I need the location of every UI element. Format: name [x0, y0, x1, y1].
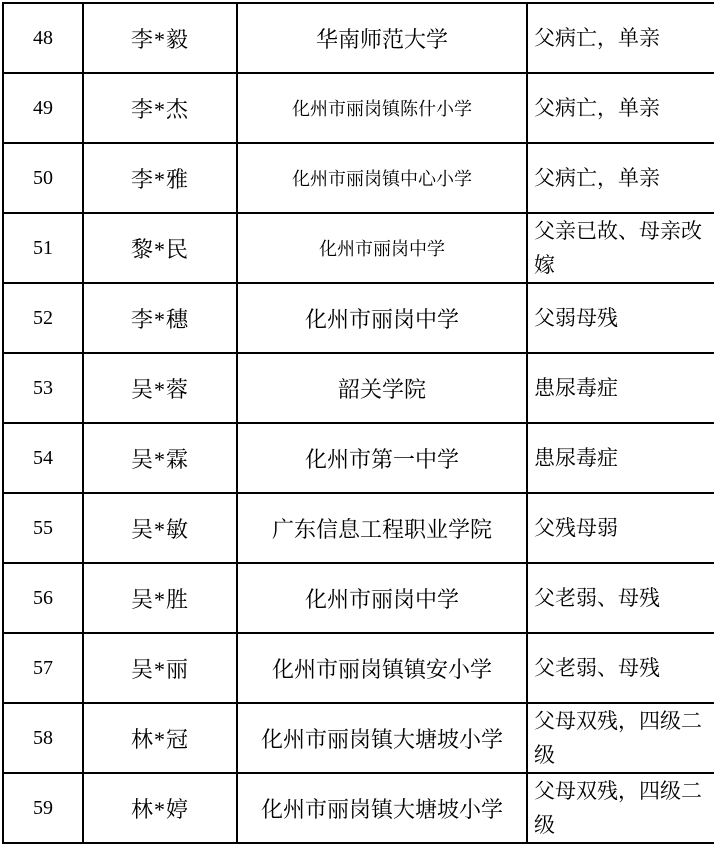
- cell-student-name: 吴*蓉: [83, 353, 237, 423]
- cell-row-number: 58: [3, 703, 83, 773]
- table-row: 53 吴*蓉 韶关学院 患尿毒症: [3, 353, 714, 423]
- cell-school-name: 化州市第一中学: [237, 423, 527, 493]
- cell-row-number: 52: [3, 283, 83, 353]
- cell-school-name: 化州市丽岗镇中心小学: [237, 143, 527, 213]
- table-row: 50 李*雅 化州市丽岗镇中心小学 父病亡，单亲: [3, 143, 714, 213]
- cell-school-name: 化州市丽岗镇镇安小学: [237, 633, 527, 703]
- cell-family-status: 父病亡，单亲: [527, 143, 714, 213]
- student-aid-table: 48 李*毅 华南师范大学 父病亡，单亲 49 李*杰 化州市丽岗镇陈什小学 父…: [2, 2, 714, 844]
- cell-row-number: 57: [3, 633, 83, 703]
- table-row: 48 李*毅 华南师范大学 父病亡，单亲: [3, 3, 714, 73]
- cell-school-name: 化州市丽岗镇大塘坡小学: [237, 773, 527, 843]
- table-row: 49 李*杰 化州市丽岗镇陈什小学 父病亡，单亲: [3, 73, 714, 143]
- cell-school-name: 韶关学院: [237, 353, 527, 423]
- cell-family-status: 父亲已故、母亲改嫁: [527, 213, 714, 283]
- table-row: 55 吴*敏 广东信息工程职业学院 父残母弱: [3, 493, 714, 563]
- cell-school-name: 化州市丽岗中学: [237, 213, 527, 283]
- table-row: 56 吴*胜 化州市丽岗中学 父老弱、母残: [3, 563, 714, 633]
- cell-family-status: 父病亡，单亲: [527, 73, 714, 143]
- cell-family-status: 父母双残，四级二级: [527, 703, 714, 773]
- cell-student-name: 吴*敏: [83, 493, 237, 563]
- cell-student-name: 李*雅: [83, 143, 237, 213]
- cell-family-status: 父残母弱: [527, 493, 714, 563]
- cell-school-name: 化州市丽岗镇陈什小学: [237, 73, 527, 143]
- cell-family-status: 父弱母残: [527, 283, 714, 353]
- cell-row-number: 53: [3, 353, 83, 423]
- student-aid-table-body: 48 李*毅 华南师范大学 父病亡，单亲 49 李*杰 化州市丽岗镇陈什小学 父…: [3, 3, 714, 843]
- cell-family-status: 父病亡，单亲: [527, 3, 714, 73]
- cell-school-name: 华南师范大学: [237, 3, 527, 73]
- cell-row-number: 59: [3, 773, 83, 843]
- cell-student-name: 李*杰: [83, 73, 237, 143]
- cell-student-name: 李*穗: [83, 283, 237, 353]
- cell-row-number: 54: [3, 423, 83, 493]
- cell-row-number: 55: [3, 493, 83, 563]
- cell-school-name: 化州市丽岗镇大塘坡小学: [237, 703, 527, 773]
- cell-family-status: 父老弱、母残: [527, 563, 714, 633]
- cell-school-name: 化州市丽岗中学: [237, 563, 527, 633]
- cell-student-name: 李*毅: [83, 3, 237, 73]
- cell-school-name: 广东信息工程职业学院: [237, 493, 527, 563]
- table-row: 57 吴*丽 化州市丽岗镇镇安小学 父老弱、母残: [3, 633, 714, 703]
- cell-family-status: 患尿毒症: [527, 353, 714, 423]
- cell-row-number: 56: [3, 563, 83, 633]
- table-row: 51 黎*民 化州市丽岗中学 父亲已故、母亲改嫁: [3, 213, 714, 283]
- cell-student-name: 吴*霖: [83, 423, 237, 493]
- cell-row-number: 49: [3, 73, 83, 143]
- table-row: 58 林*冠 化州市丽岗镇大塘坡小学 父母双残，四级二级: [3, 703, 714, 773]
- table-row: 54 吴*霖 化州市第一中学 患尿毒症: [3, 423, 714, 493]
- document-page: 48 李*毅 华南师范大学 父病亡，单亲 49 李*杰 化州市丽岗镇陈什小学 父…: [0, 0, 714, 867]
- cell-family-status: 患尿毒症: [527, 423, 714, 493]
- cell-row-number: 51: [3, 213, 83, 283]
- cell-student-name: 林*冠: [83, 703, 237, 773]
- cell-student-name: 吴*胜: [83, 563, 237, 633]
- cell-row-number: 50: [3, 143, 83, 213]
- table-row: 59 林*婷 化州市丽岗镇大塘坡小学 父母双残，四级二级: [3, 773, 714, 843]
- cell-student-name: 林*婷: [83, 773, 237, 843]
- cell-row-number: 48: [3, 3, 83, 73]
- cell-family-status: 父老弱、母残: [527, 633, 714, 703]
- cell-school-name: 化州市丽岗中学: [237, 283, 527, 353]
- cell-student-name: 黎*民: [83, 213, 237, 283]
- table-row: 52 李*穗 化州市丽岗中学 父弱母残: [3, 283, 714, 353]
- cell-student-name: 吴*丽: [83, 633, 237, 703]
- cell-family-status: 父母双残，四级二级: [527, 773, 714, 843]
